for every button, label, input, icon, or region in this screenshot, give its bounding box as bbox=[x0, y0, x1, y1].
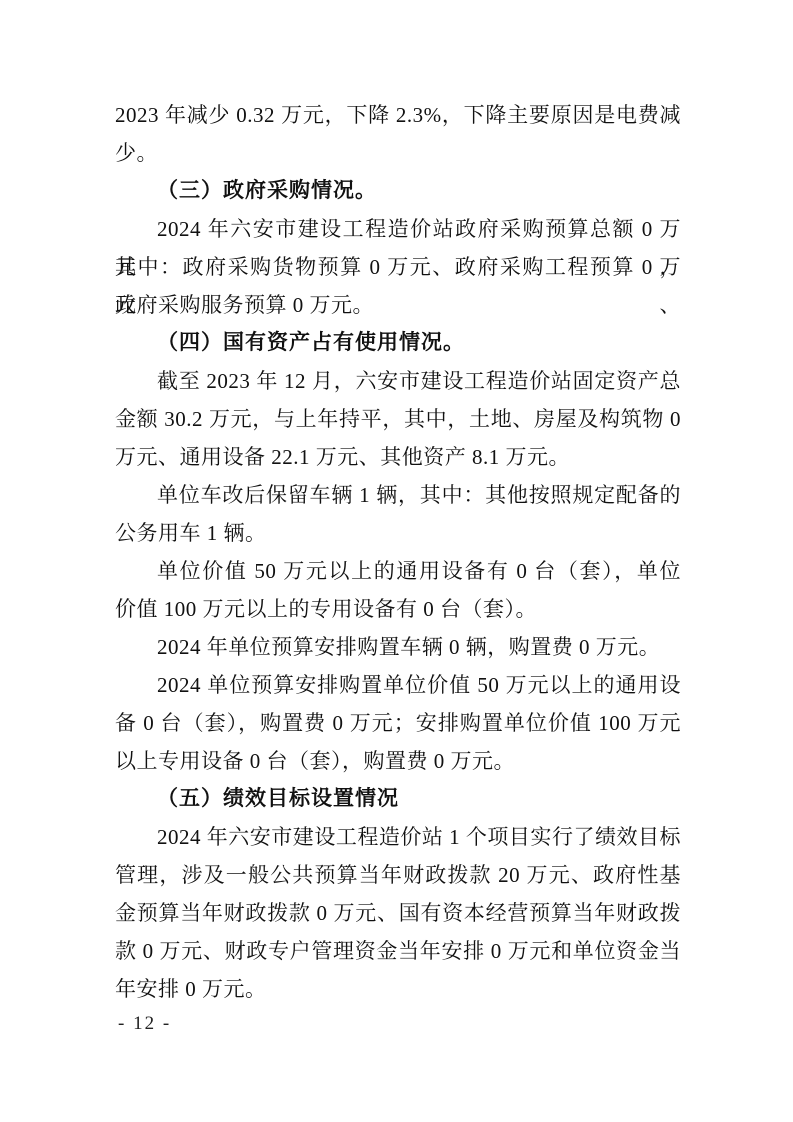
page-number: - 12 - bbox=[118, 1010, 171, 1038]
paragraph-line: 其中：政府采购货物预算 0 万元、政府采购工程预算 0 万元、 bbox=[115, 248, 681, 286]
paragraph-line: 2023 年减少 0.32 万元，下降 2.3%，下降主要原因是电费减 bbox=[115, 96, 681, 134]
paragraph-line: 金额 30.2 万元，与上年持平，其中，土地、房屋及构筑物 0 bbox=[115, 400, 681, 438]
paragraph-line: 价值 100 万元以上的专用设备有 0 台（套）。 bbox=[115, 590, 681, 628]
section-heading-4: （四）国有资产占有使用情况。 bbox=[115, 324, 681, 362]
paragraph-line: 2024 年六安市建设工程造价站政府采购预算总额 0 万元， bbox=[115, 210, 681, 248]
paragraph-line: 金预算当年财政拨款 0 万元、国有资本经营预算当年财政拨 bbox=[115, 894, 681, 932]
paragraph-line: 单位价值 50 万元以上的通用设备有 0 台（套），单位 bbox=[115, 552, 681, 590]
section-heading-3: （三）政府采购情况。 bbox=[115, 172, 681, 210]
document-page: 2023 年减少 0.32 万元，下降 2.3%，下降主要原因是电费减 少。 （… bbox=[0, 0, 793, 1122]
paragraph-line: 以上专用设备 0 台（套），购置费 0 万元。 bbox=[115, 742, 681, 780]
paragraph-line: 少。 bbox=[115, 134, 681, 172]
paragraph-line: 截至 2023 年 12 月，六安市建设工程造价站固定资产总 bbox=[115, 362, 681, 400]
paragraph-line: 年安排 0 万元。 bbox=[115, 970, 681, 1008]
paragraph-line: 款 0 万元、财政专户管理资金当年安排 0 万元和单位资金当 bbox=[115, 932, 681, 970]
paragraph-line: 2024 年六安市建设工程造价站 1 个项目实行了绩效目标 bbox=[115, 818, 681, 856]
paragraph-line: 单位车改后保留车辆 1 辆，其中：其他按照规定配备的 bbox=[115, 476, 681, 514]
paragraph-line: 备 0 台（套），购置费 0 万元；安排购置单位价值 100 万元 bbox=[115, 704, 681, 742]
paragraph-line: 万元、通用设备 22.1 万元、其他资产 8.1 万元。 bbox=[115, 438, 681, 476]
paragraph-line: 2024 年单位预算安排购置车辆 0 辆，购置费 0 万元。 bbox=[115, 628, 681, 666]
document-body: 2023 年减少 0.32 万元，下降 2.3%，下降主要原因是电费减 少。 （… bbox=[115, 96, 681, 1008]
paragraph-line: 2024 单位预算安排购置单位价值 50 万元以上的通用设 bbox=[115, 666, 681, 704]
section-heading-5: （五）绩效目标设置情况 bbox=[115, 780, 681, 818]
paragraph-line: 管理，涉及一般公共预算当年财政拨款 20 万元、政府性基 bbox=[115, 856, 681, 894]
paragraph-line: 公务用车 1 辆。 bbox=[115, 514, 681, 552]
